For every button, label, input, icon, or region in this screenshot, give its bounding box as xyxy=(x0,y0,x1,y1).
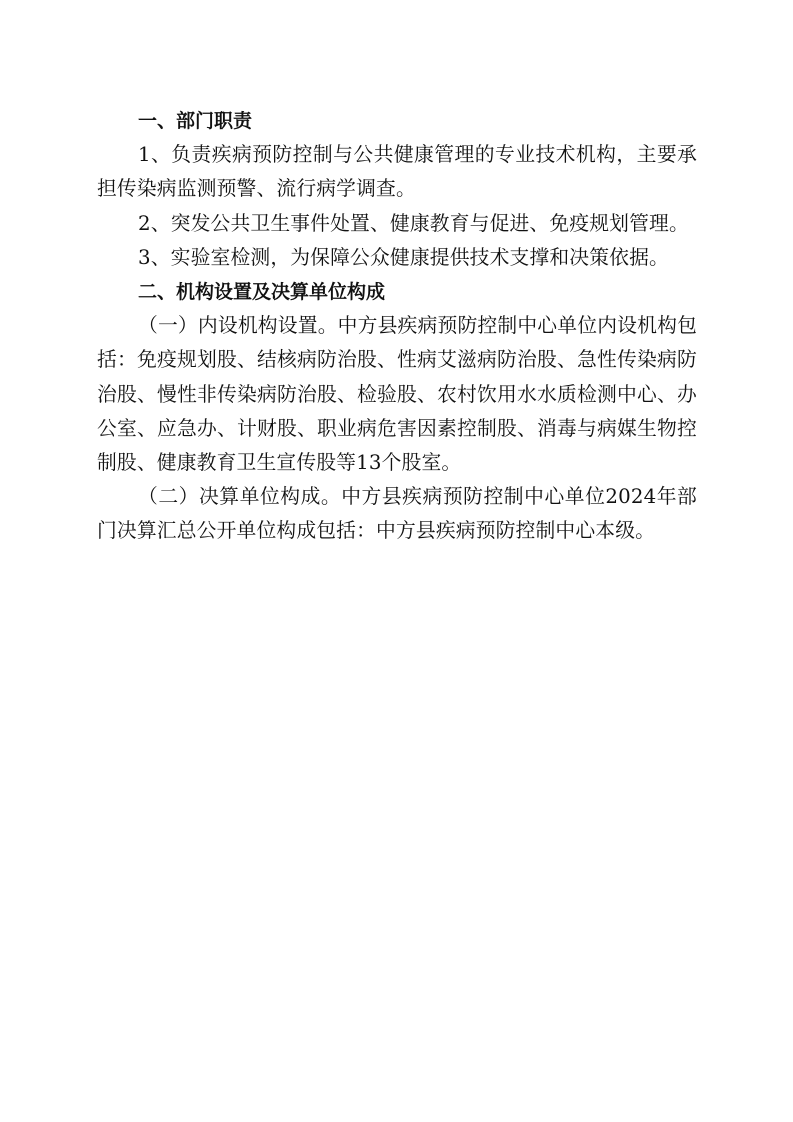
document-page: 一、部门职责 1、负责疾病预防控制与公共健康管理的专业技术机构，主要承担传染病监… xyxy=(97,104,697,549)
section-organization-structure: 二、机构设置及决算单位构成 （一）内设机构设置。中方县疾病预防控制中心单位内设机… xyxy=(97,275,697,549)
section-heading: 二、机构设置及决算单位构成 xyxy=(97,275,697,309)
section-department-duties: 一、部门职责 1、负责疾病预防控制与公共健康管理的专业技术机构，主要承担传染病监… xyxy=(97,104,697,275)
section-heading: 一、部门职责 xyxy=(97,104,697,138)
accounting-unit-paragraph: （二）决算单位构成。中方县疾病预防控制中心单位2024年部门决算汇总公开单位构成… xyxy=(97,480,697,548)
duty-paragraph-1: 1、负责疾病预防控制与公共健康管理的专业技术机构，主要承担传染病监测预警、流行病… xyxy=(97,138,697,206)
duty-paragraph-3: 3、实验室检测，为保障公众健康提供技术支撑和决策依据。 xyxy=(97,241,697,275)
internal-departments-paragraph: （一）内设机构设置。中方县疾病预防控制中心单位内设机构包括：免疫规划股、结核病防… xyxy=(97,309,697,480)
duty-paragraph-2: 2、突发公共卫生事件处置、健康教育与促进、免疫规划管理。 xyxy=(97,207,697,241)
